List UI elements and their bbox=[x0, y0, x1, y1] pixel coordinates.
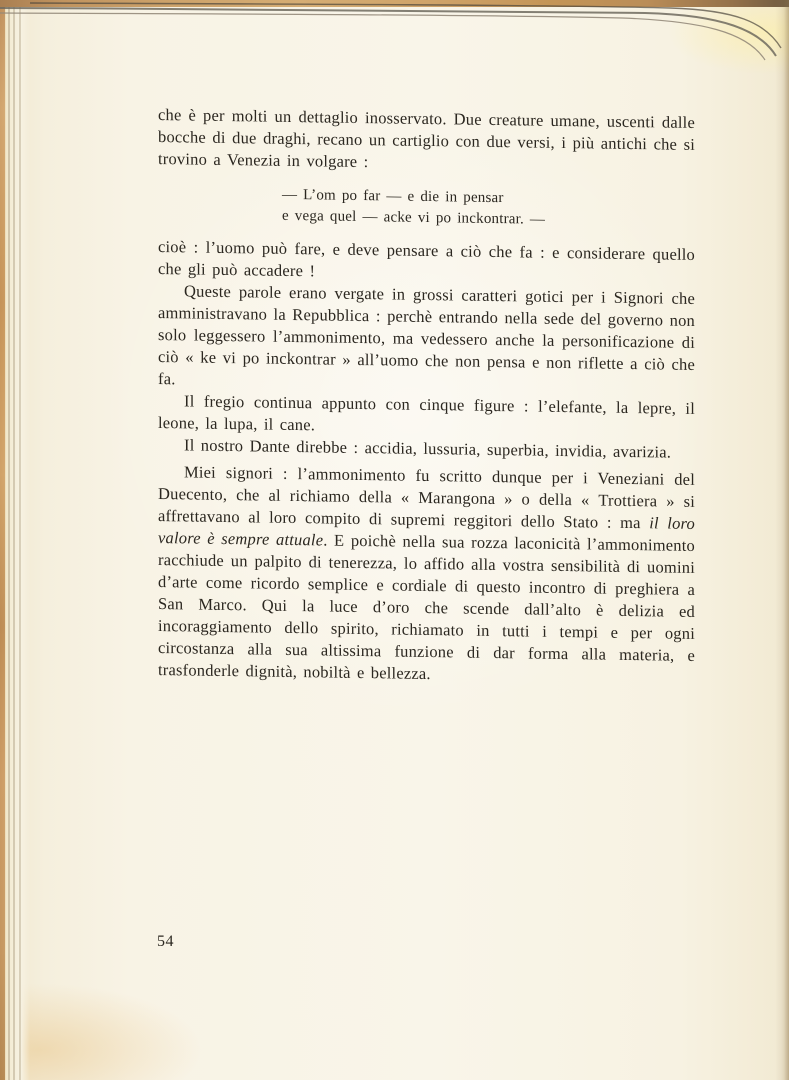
paragraph-miei-signori: Miei signori : l’ammonimento fu scritto … bbox=[158, 461, 695, 689]
paragraph-intro: che è per molti un dettaglio inosservato… bbox=[158, 104, 695, 178]
paragraph-il-fregio: Il fregio continua appunto con cinque fi… bbox=[158, 390, 695, 442]
miei-signori-text-continued: . E poichè nella sua rozza laconicità l’… bbox=[158, 530, 695, 683]
miei-signori-text: Miei signori : l’ammonimento fu scritto … bbox=[158, 462, 695, 532]
right-edge-shadow bbox=[775, 0, 789, 1080]
paragraph-queste-parole: Queste parole erano vergate in grossi ca… bbox=[158, 280, 695, 398]
page-number: 54 bbox=[157, 933, 174, 951]
binding-edge-strip bbox=[0, 0, 5, 1080]
paragraph-cioe: cioè : l’uomo può fare, e deve pensare a… bbox=[158, 236, 695, 288]
page-text: che è per molti un dettaglio inosservato… bbox=[158, 104, 695, 689]
verse-block: — L’om po far — e die in pensar e vega q… bbox=[282, 185, 695, 233]
top-page-edge bbox=[0, 0, 789, 7]
